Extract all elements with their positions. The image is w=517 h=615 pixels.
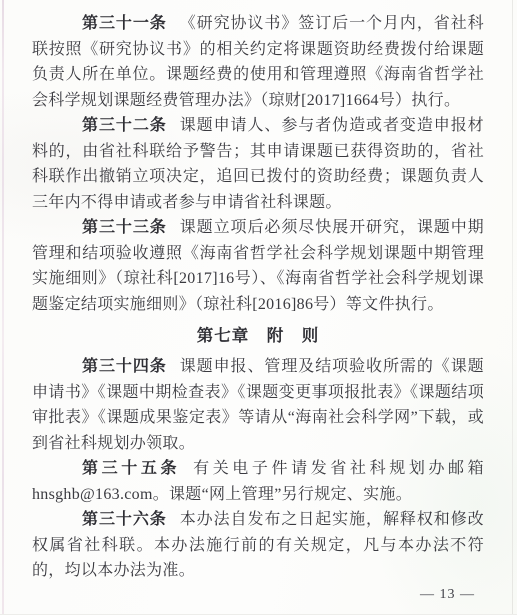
page-number: — 13 — xyxy=(420,587,475,603)
scanned-document-page: 第三十一条《研究协议书》签订后一个月内，省社科联按照《研究协议书》的相关约定将课… xyxy=(0,0,517,615)
article-33-number: 第三十三条 xyxy=(82,219,167,236)
article-31-paragraph: 第三十一条《研究协议书》签订后一个月内，省社科联按照《研究协议书》的相关约定将课… xyxy=(32,11,484,113)
article-35-paragraph: 第三十五条有关电子件请发省社科规划办邮箱 hnsghb@163.com。课题“网… xyxy=(32,456,484,507)
article-34-number: 第三十四条 xyxy=(82,358,167,375)
article-36-number: 第三十六条 xyxy=(82,511,167,528)
article-35-number: 第三十五条 xyxy=(82,460,180,477)
article-34-paragraph: 第三十四条课题申报、管理及结项验收所需的《课题申请书》《课题中期检查表》《课题变… xyxy=(32,354,484,456)
article-33-paragraph: 第三十三条课题立项后必须尽快展开研究，课题中期管理和结项验收遵照《海南省哲学社会… xyxy=(32,215,484,317)
chapter-7-heading: 第七章 附 则 xyxy=(32,323,484,349)
article-36-paragraph: 第三十六条本办法自发布之日起实施，解释权和修改权属省社科联。本办法施行前的有关规… xyxy=(32,507,484,584)
article-31-number: 第三十一条 xyxy=(82,15,167,32)
scan-left-edge-artifact xyxy=(2,0,4,615)
article-32-number: 第三十二条 xyxy=(82,117,167,134)
scan-right-edge-artifact xyxy=(512,0,513,615)
article-32-paragraph: 第三十二条课题申请人、参与者伪造或者变造申报材料的，由省社科联给予警告；其申请课… xyxy=(32,113,484,215)
document-content: 第三十一条《研究协议书》签订后一个月内，省社科联按照《研究协议书》的相关约定将课… xyxy=(32,11,484,584)
